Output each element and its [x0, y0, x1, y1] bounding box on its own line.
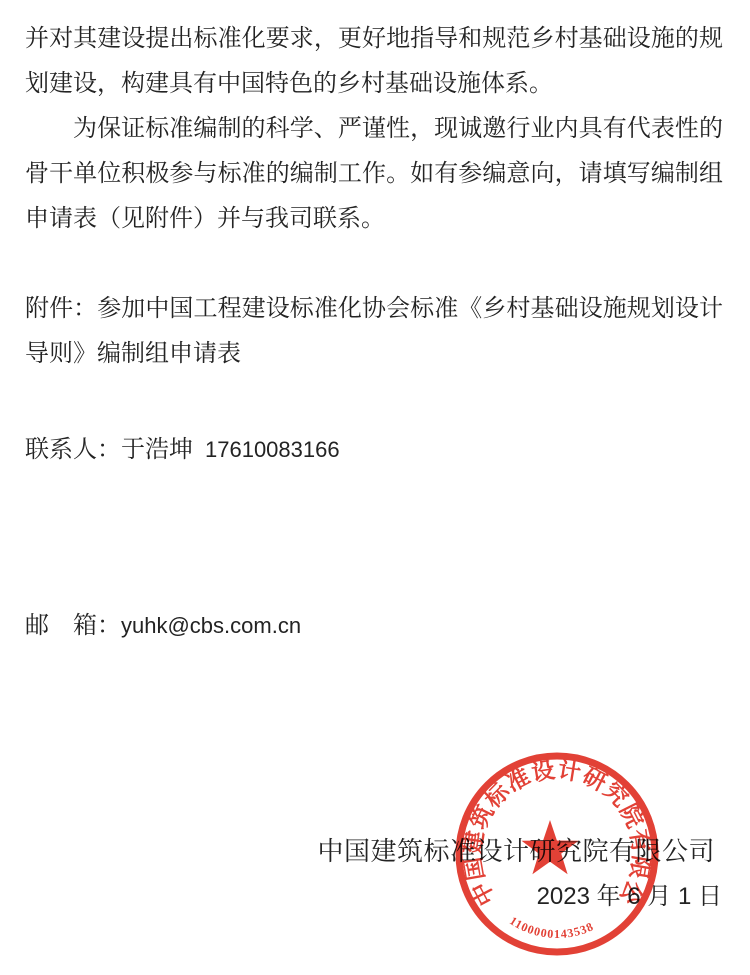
- attachment-line1: 附件：参加中国工程建设标准化协会标准《乡村基础设施规划设计: [25, 287, 723, 332]
- paragraph2-line3: 申请表（见附件）并与我司联系。: [25, 197, 723, 242]
- contact-line: 联系人：于浩坤17610083166: [25, 427, 723, 473]
- contact-name: 于浩坤: [121, 437, 193, 463]
- email-label: 邮 箱：: [25, 613, 121, 639]
- paragraph2-line2: 骨干单位积极参与标准的编制工作。如有参编意向，请填写编制组: [25, 152, 723, 197]
- email-address: yuhk@cbs.com.cn: [121, 613, 301, 638]
- attachment-line2: 导则》编制组申请表: [25, 332, 723, 377]
- paragraph1-line1: 并对其建设提出标准化要求，更好地指导和规范乡村基础设施的规: [25, 17, 723, 62]
- email-line: 邮 箱：yuhk@cbs.com.cn: [25, 603, 723, 649]
- seal-star-icon: [522, 820, 579, 874]
- blank-gap: [25, 473, 723, 603]
- document-page: 并对其建设提出标准化要求，更好地指导和规范乡村基础设施的规 划建设，构建具有中国…: [0, 0, 750, 975]
- paragraph1-line2: 划建设，构建具有中国特色的乡村基础设施体系。: [25, 62, 723, 107]
- blank-gap: [25, 377, 723, 427]
- paragraph2-line1: 为保证标准编制的科学、严谨性，现诚邀行业内具有代表性的: [25, 107, 723, 152]
- contact-phone: 17610083166: [205, 437, 340, 462]
- contact-label: 联系人：: [25, 437, 121, 463]
- company-seal: 中国建筑标准设计研究院有限公司 1100000143538: [447, 744, 667, 964]
- seal-serial-text: 1100000143538: [507, 914, 596, 941]
- blank-gap: [25, 242, 723, 287]
- seal-serial-textpath: 1100000143538: [507, 914, 596, 941]
